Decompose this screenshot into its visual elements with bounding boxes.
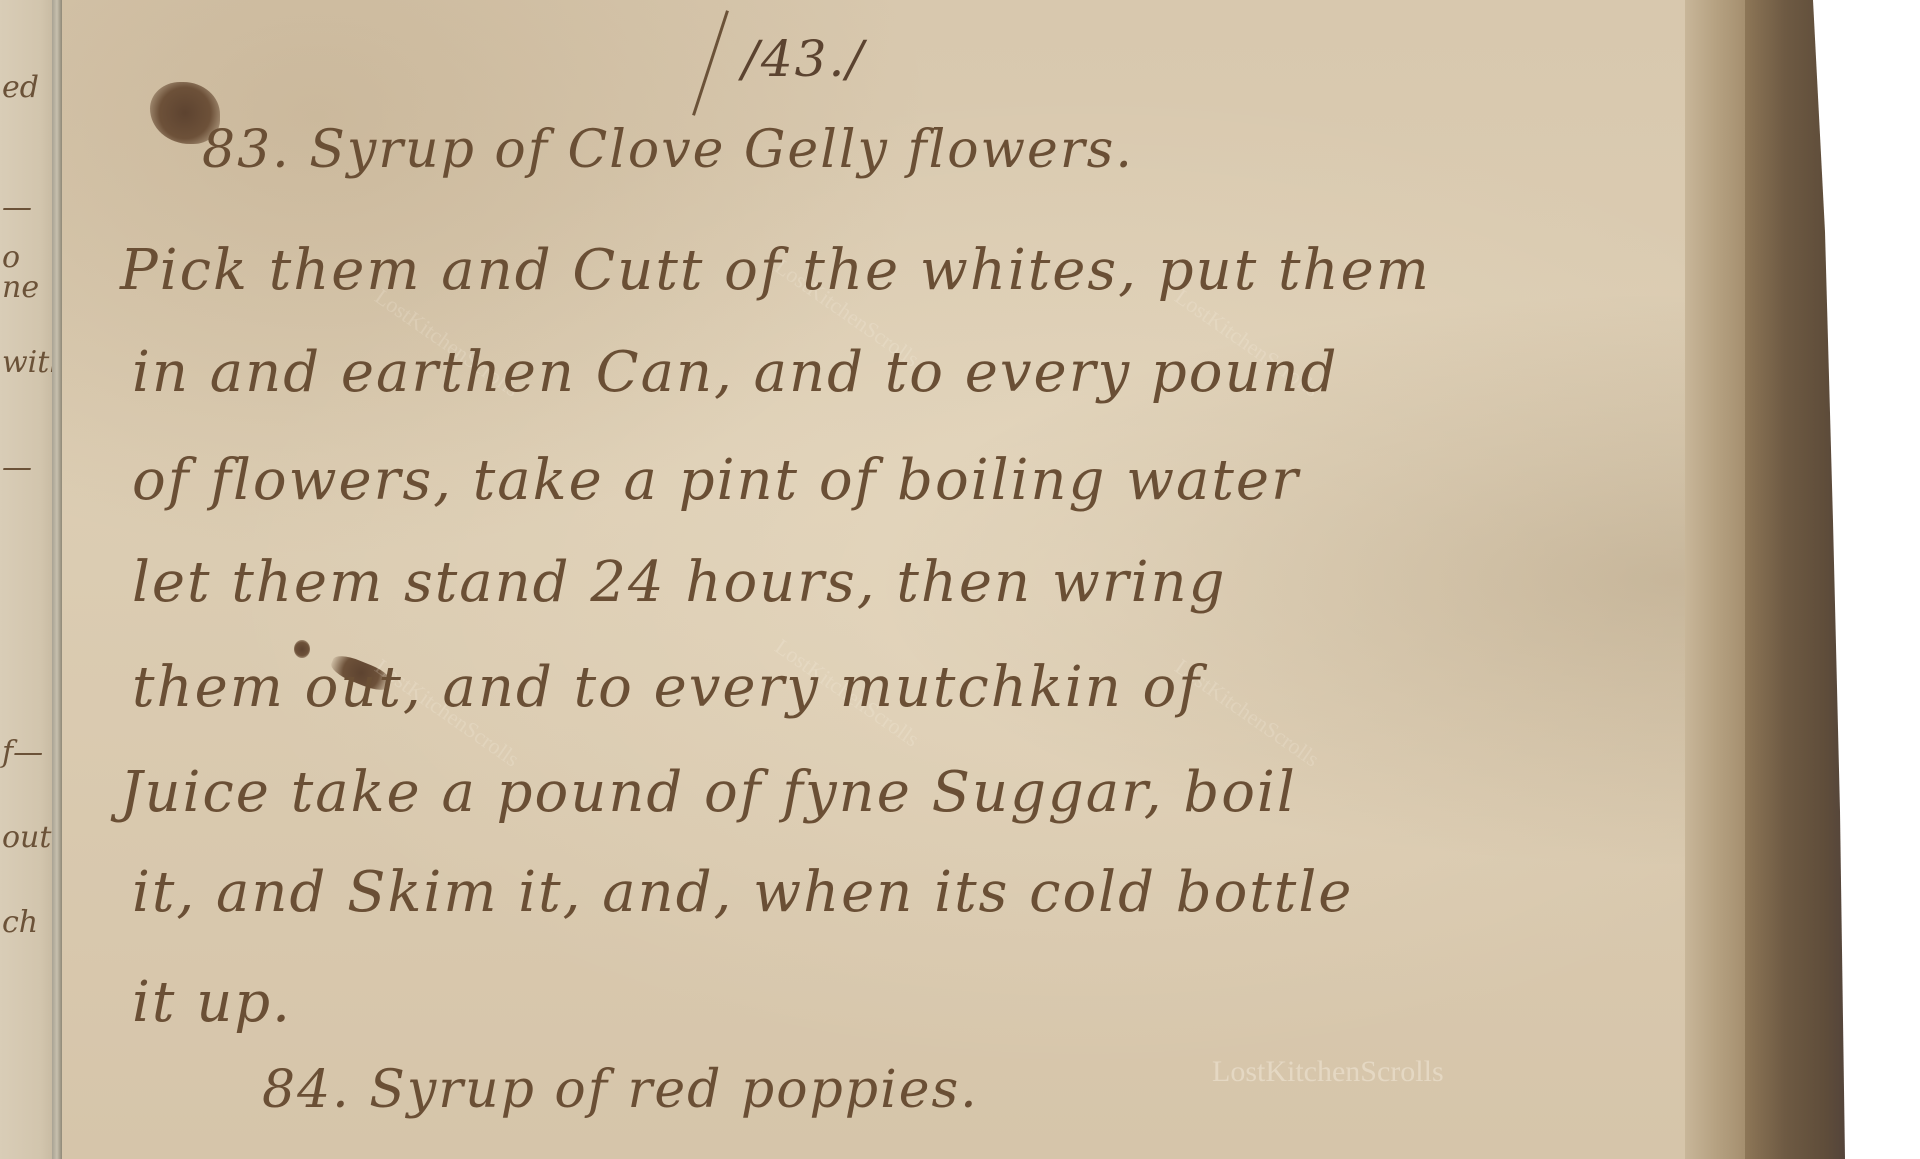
page-edges — [1685, 0, 1745, 1159]
recipe-83-line: in and earthen Can, and to every pound — [132, 340, 1338, 405]
slash-stroke — [692, 10, 729, 116]
recipe-83-line: it up. — [132, 970, 292, 1035]
book-gutter — [52, 0, 62, 1159]
recipe-84-heading: 84. Syrup of red poppies. — [262, 1060, 979, 1120]
recipe-83-line: Pick them and Cutt of the whites, put th… — [120, 238, 1431, 303]
page-number: /43./ — [742, 30, 865, 88]
watermark: LostKitchenScrolls — [1212, 1055, 1444, 1089]
left-facing-page: ed — o ne with — f— out ch — [0, 0, 58, 1159]
recipe-83-line: of flowers, take a pint of boiling water — [132, 448, 1300, 513]
left-page-fragment: ed — [2, 70, 39, 105]
manuscript-photo: ed — o ne with — f— out ch LostKitchenSc… — [0, 0, 1920, 1159]
manuscript-page: LostKitchenScrolls LostKitchenScrolls Lo… — [62, 0, 1762, 1159]
recipe-83-heading: 83. Syrup of Clove Gelly flowers. — [202, 120, 1134, 180]
left-page-fragment: ne — [2, 270, 39, 305]
left-page-fragment: out — [2, 820, 51, 855]
recipe-83-line: it, and Skim it, and, when its cold bott… — [132, 860, 1353, 925]
left-page-fragment: — — [2, 190, 32, 225]
left-page-fragment: f— — [2, 735, 43, 770]
left-page-fragment: with — [2, 345, 58, 380]
left-page-fragment: — — [2, 450, 32, 485]
left-page-fragment: ch — [2, 905, 38, 940]
book-binding — [1745, 0, 1845, 1159]
recipe-83-line: let them stand 24 hours, then wring — [132, 550, 1226, 615]
recipe-83-line: them out, and to every mutchkin of — [132, 655, 1201, 720]
recipe-83-line: Juice take a pound of fyne Suggar, boil — [120, 760, 1297, 825]
